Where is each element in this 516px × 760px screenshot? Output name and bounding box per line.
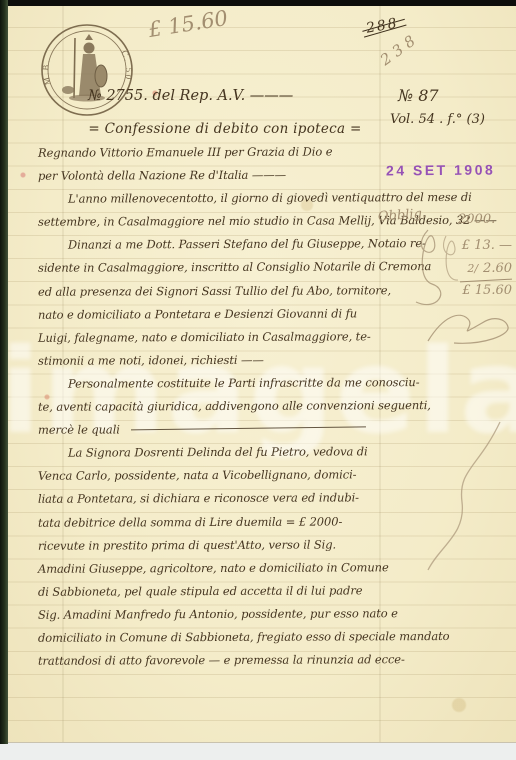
pencil-flourish-monogram: [398, 222, 478, 317]
manuscript-line: liata a Pontetara, si dichiara e riconos…: [38, 487, 398, 512]
manuscript-line: trattandosi di atto favorevole — e preme…: [38, 648, 398, 673]
manuscript-line: Amadini Giuseppe, agricoltore, nato e do…: [38, 556, 398, 581]
repertory-line: № 2755. del Rep. A.V. ———: [88, 88, 293, 104]
manuscript-line: Dinanzi a me Dott. Passeri Stefano del f…: [38, 233, 398, 258]
date-received-stamp: 24 SET 1908: [386, 162, 495, 179]
manuscript-line: per Volontà della Nazione Re d'Italia ——…: [38, 163, 398, 188]
manuscript-line: tata debitrice della somma di Lire duemi…: [38, 510, 398, 535]
manuscript-line-text: liata a Pontetara, si dichiara e riconos…: [38, 491, 359, 506]
manuscript-line-text: ed alla presenza dei Signori Sassi Tulli…: [38, 283, 391, 299]
manuscript-line-text: La Signora Dosrenti Delinda del fu Pietr…: [68, 445, 368, 460]
scan-bottom-strip: [0, 742, 516, 760]
manuscript-line: Regnando Vittorio Emanuele III per Grazi…: [38, 140, 398, 165]
manuscript-line-text: domiciliato in Comune di Sabbioneta, fre…: [38, 629, 450, 645]
manuscript-line: Personalmente costituite le Parti infras…: [38, 371, 398, 396]
pencil-flourish-right: [418, 418, 508, 578]
manuscript-line: di Sabbioneta, pel quale stipula ed acce…: [38, 579, 398, 604]
manuscript-line-text: Luigi, falegname, nato e domiciliato in …: [38, 329, 371, 344]
manuscript-line: ricevute in prestito prima di quest'Atto…: [38, 533, 398, 558]
manuscript-line-text: L'anno millenovecentotto, il giorno di g…: [68, 190, 472, 206]
manuscript-line-text: tata debitrice della somma di Lire duemi…: [38, 514, 342, 529]
manuscript-line: sidente in Casalmaggiore, inscritto al C…: [38, 256, 398, 281]
scan-top-edge: [0, 0, 516, 6]
manuscript-line-text: per Volontà della Nazione Re d'Italia ——…: [38, 168, 286, 183]
manuscript-line-text: sidente in Casalmaggiore, inscritto al C…: [38, 260, 431, 276]
manuscript-line: settembre, in Casalmaggiore nel mio stud…: [38, 209, 398, 234]
manuscript-line-text: mercè le quali: [38, 423, 120, 437]
manuscript-line-text: te, aventi capacità giuridica, addivengo…: [38, 398, 431, 414]
manuscript-line: mercè le quali: [38, 417, 398, 442]
volume-folio: Vol. 54 . f.° (3): [390, 112, 485, 127]
manuscript-line-text: Dinanzi a me Dott. Passeri Stefano del f…: [68, 236, 426, 252]
svg-text:C. 50: C. 50: [119, 49, 134, 82]
scan-left-edge: [0, 0, 8, 744]
act-number: № 87: [398, 86, 439, 105]
manuscript-line: te, aventi capacità giuridica, addivengo…: [38, 394, 398, 419]
seal-denomination: C. 50: [119, 49, 134, 82]
manuscript-line: Sig. Amadini Manfredo fu Antonio, possid…: [38, 602, 398, 627]
revenue-seal: M.B.D. C. 50: [37, 18, 137, 122]
manuscript-line-text: di Sabbioneta, pel quale stipula ed acce…: [38, 583, 362, 598]
manuscript-line-text: stimonii a me noti, idonei, richiesti ——: [38, 353, 264, 368]
seal-left-letters: M.B.D.: [37, 18, 53, 86]
manuscript-line-text: Venca Carlo, possidente, nata a Vicobell…: [38, 468, 357, 483]
manuscript-line-text: Amadini Giuseppe, agricoltore, nato e do…: [38, 560, 389, 576]
manuscript-line: stimonii a me noti, idonei, richiesti ——: [38, 348, 398, 373]
manuscript-line: Venca Carlo, possidente, nata a Vicobell…: [38, 464, 398, 489]
manuscript-line-text: trattandosi di atto favorevole — e preme…: [38, 652, 405, 668]
margin-signature-scribble: [424, 305, 512, 350]
manuscript-body: Regnando Vittorio Emanuele III per Grazi…: [38, 141, 398, 672]
document-scan: imagela M.B.D. C. 50 £ 15.60 288 238: [0, 0, 516, 760]
manuscript-line: domiciliato in Comune di Sabbioneta, fre…: [38, 625, 398, 650]
manuscript-line: L'anno millenovecentotto, il giorno di g…: [38, 186, 398, 211]
manuscript-line-text: nato e domiciliato a Pontetara e Desienz…: [38, 306, 357, 321]
manuscript-line: La Signora Dosrenti Delinda del fu Pietr…: [38, 440, 398, 465]
act-title: = Confessione di debito con ipoteca =: [60, 121, 390, 137]
manuscript-line: nato e domiciliato a Pontetara e Desienz…: [38, 302, 398, 327]
manuscript-line: Luigi, falegname, nato e domiciliato in …: [38, 325, 398, 350]
manuscript-line-text: Regnando Vittorio Emanuele III per Grazi…: [38, 145, 332, 160]
manuscript-line: ed alla presenza dei Signori Sassi Tulli…: [38, 279, 398, 304]
manuscript-line-text: Sig. Amadini Manfredo fu Antonio, possid…: [38, 606, 398, 622]
manuscript-line-text: Personalmente costituite le Parti infras…: [68, 375, 420, 391]
manuscript-line-text: ricevute in prestito prima di quest'Atto…: [38, 537, 336, 552]
svg-text:M.B.D.: M.B.D.: [37, 18, 53, 86]
